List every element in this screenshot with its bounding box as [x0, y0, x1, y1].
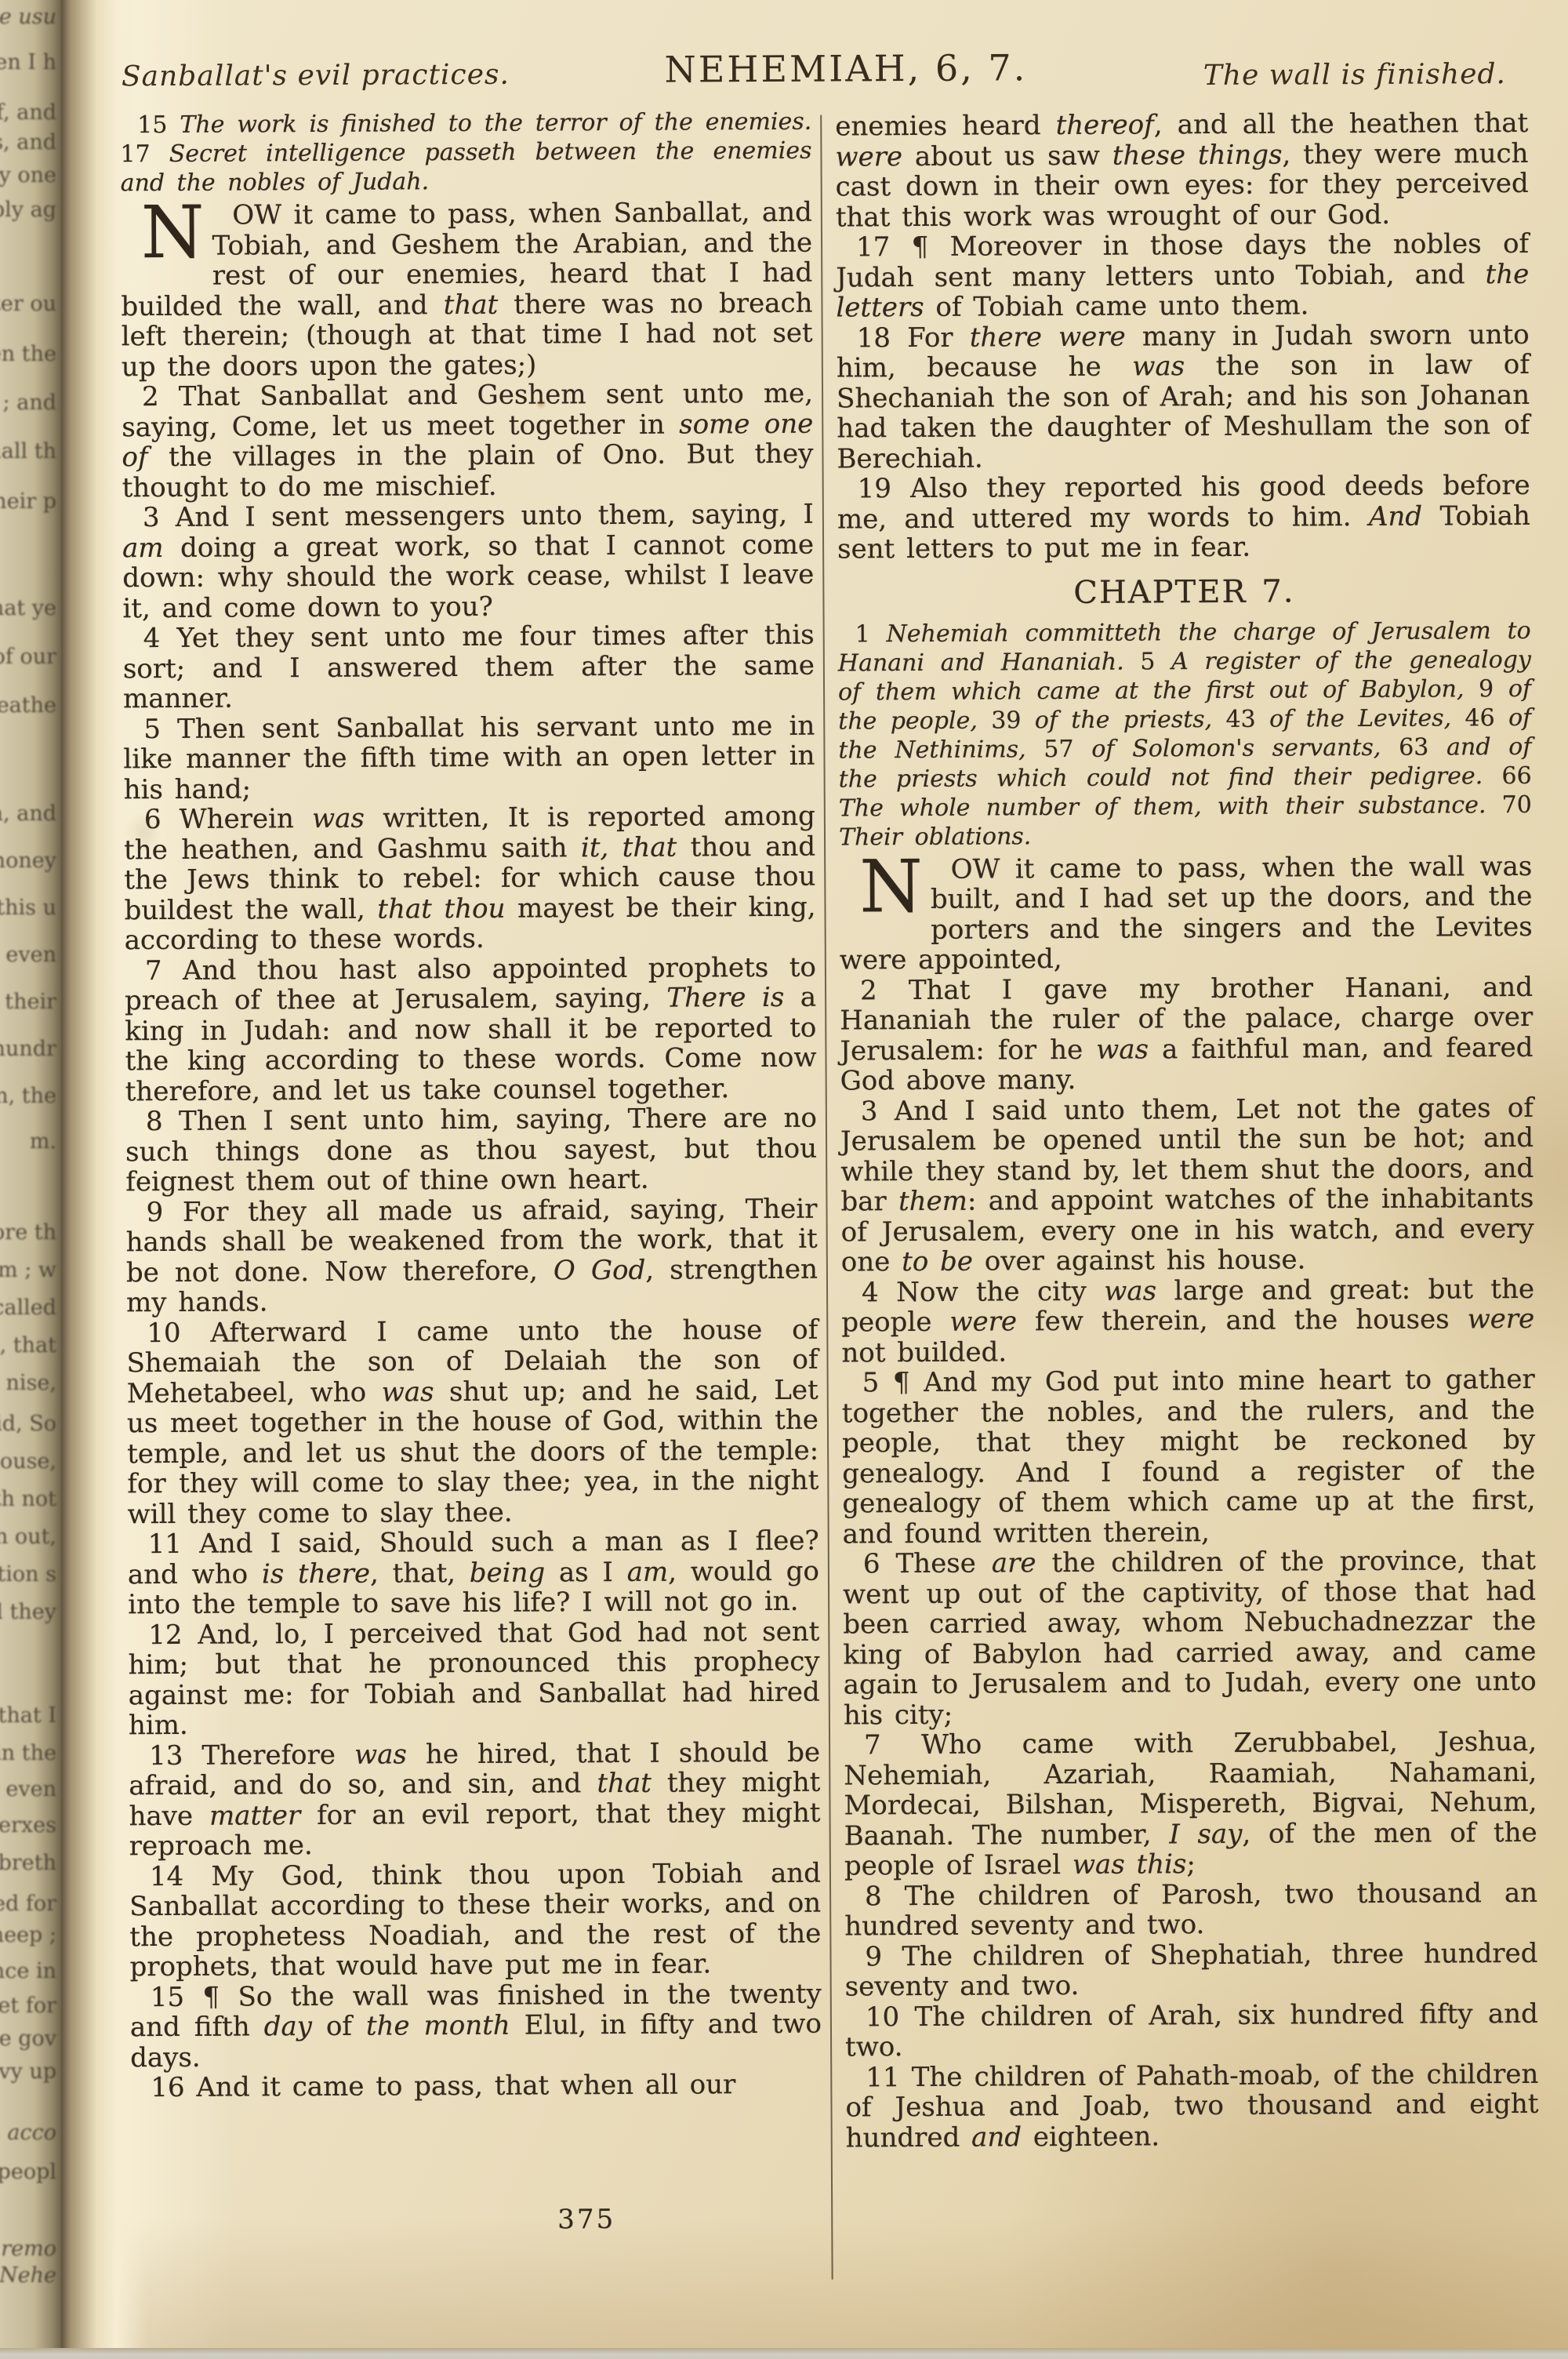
verse-paragraph: 11 And I said, Should such a man as I fl… — [128, 1526, 820, 1620]
verse-paragraph: 2 That Sanballat and Geshem sent unto me… — [122, 379, 814, 503]
verse-paragraph: 7 Who came with Zerubbabel, Jeshua, Nehe… — [844, 1727, 1537, 1881]
verse-paragraph: 14 My God, think thou upon Tobiah and Sa… — [129, 1858, 822, 1983]
verse-paragraph: 11 The children of Pahath-moab, of the c… — [845, 2059, 1539, 2153]
verse-paragraph: NOW it came to pass, when Sanballat, and… — [121, 198, 813, 383]
verse-paragraph: 17 ¶ Moreover in those days the nobles o… — [836, 229, 1530, 323]
verse-paragraph: NOW it came to pass, when the wall was b… — [839, 851, 1533, 976]
verse-paragraph: 6 These are the children of the province… — [843, 1546, 1537, 1731]
header-book-title: NEHEMIAH, 6, 7. — [642, 46, 1050, 91]
bible-page-scan: the usuwhen I helf, anders, andry onembl… — [0, 0, 1568, 2359]
drop-cap-initial: N — [839, 856, 923, 917]
verse-paragraph: 16 And it came to pass, that when all ou… — [130, 2070, 822, 2103]
chapter-summary: 15 The work is finished to the terror of… — [120, 107, 812, 198]
verse-paragraph: 4 Now the city was large and great: but … — [841, 1274, 1535, 1368]
header-left-title: Sanballat's evil practices. — [122, 59, 510, 93]
verse-paragraph: 4 Yet they sent unto me four times after… — [123, 620, 815, 714]
verse-paragraph: 10 The children of Arah, six hundred fif… — [845, 1998, 1538, 2063]
right-column: enemies heard thereof, and all the heath… — [835, 108, 1539, 2154]
verse-paragraph: 8 The children of Parosh, two thousand a… — [844, 1877, 1537, 1942]
drop-cap-initial: N — [121, 203, 205, 264]
verse-paragraph: 6 Wherein was written, It is reported am… — [124, 801, 816, 956]
verse-continuation: enemies heard thereof, and all the heath… — [835, 108, 1529, 233]
verse-paragraph: 7 And thou hast also appointed prophets … — [125, 952, 817, 1107]
verse-paragraph: 9 For they all made us afraid, saying, T… — [125, 1194, 818, 1318]
verse-paragraph: 12 And, lo, I perceived that God had not… — [128, 1616, 820, 1741]
verse-paragraph: 18 For there were many in Judah sworn un… — [837, 319, 1530, 474]
scan-bottom-edge — [0, 2348, 1568, 2359]
page-number: 375 — [557, 2204, 615, 2235]
verse-paragraph: 15 ¶ So the wall was finished in the twe… — [130, 1979, 822, 2073]
page-text-layer: Sanballat's evil practices. NEHEMIAH, 6,… — [0, 0, 1568, 2359]
left-column: 15 The work is finished to the terror of… — [120, 107, 822, 2103]
verse-paragraph: 2 That I gave my brother Hanani, and Han… — [840, 972, 1534, 1096]
verse-paragraph: 9 The children of Shephatiah, three hund… — [844, 1938, 1537, 2002]
header-right-title: The wall is finished. — [1203, 58, 1506, 92]
column-divider — [820, 115, 833, 2280]
verse-paragraph: 5 ¶ And my God put into mine heart to ga… — [842, 1365, 1536, 1550]
verse-paragraph: 3 And I said unto them, Let not the gate… — [840, 1092, 1534, 1278]
verse-paragraph: 8 Then I sent unto him, saying, There ar… — [125, 1103, 818, 1198]
running-header: Sanballat's evil practices. NEHEMIAH, 6,… — [0, 44, 1567, 107]
chapter-summary: 1 Nehemiah committeth the charge of Jeru… — [838, 616, 1533, 852]
verse-paragraph: 13 Therefore was he hired, that I should… — [129, 1737, 821, 1862]
verse-paragraph: 3 And I sent messengers unto them, sayin… — [122, 500, 815, 624]
chapter-heading: CHAPTER 7. — [837, 572, 1530, 612]
verse-paragraph: 5 Then sent Sanballat his servant unto m… — [123, 711, 815, 805]
verse-paragraph: 10 Afterward I came unto the house of Sh… — [126, 1314, 818, 1529]
verse-paragraph: 19 Also they reported his good deeds bef… — [837, 471, 1531, 565]
